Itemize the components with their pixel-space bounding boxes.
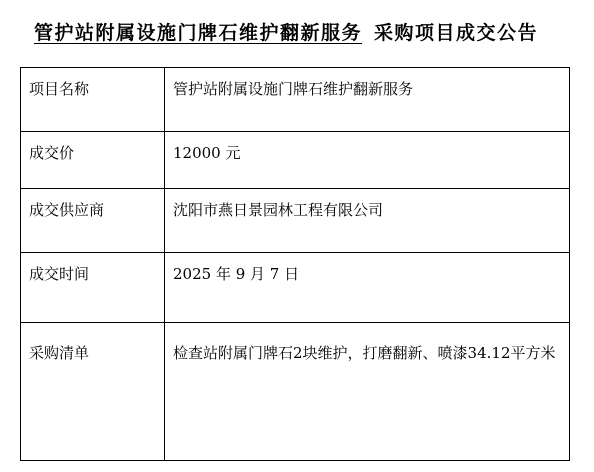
table-row: 采购清单 检查站附属门牌石2块维护，打磨翻新、喷漆34.12平方米	[21, 323, 570, 461]
page-title: 管护站附属设施门牌石维护翻新服务采购项目成交公告	[20, 18, 538, 45]
row-label: 成交时间	[21, 253, 165, 323]
row-value: 检查站附属门牌石2块维护，打磨翻新、喷漆34.12平方米	[165, 323, 570, 461]
row-value: 2025 年 9 月 7 日	[165, 253, 570, 323]
table-row: 成交价 12000 元	[21, 132, 570, 189]
row-label: 成交价	[21, 132, 165, 189]
row-value: 沈阳市燕日景园林工程有限公司	[165, 189, 570, 253]
table-row: 成交时间 2025 年 9 月 7 日	[21, 253, 570, 323]
row-value: 管护站附属设施门牌石维护翻新服务	[165, 68, 570, 132]
announcement-title: 采购项目成交公告	[374, 22, 538, 44]
project-name-title: 管护站附属设施门牌石维护翻新服务	[20, 22, 362, 44]
table-row: 项目名称 管护站附属设施门牌石维护翻新服务	[21, 68, 570, 132]
announcement-table: 项目名称 管护站附属设施门牌石维护翻新服务 成交价 12000 元 成交供应商 …	[20, 67, 570, 461]
row-label: 成交供应商	[21, 189, 165, 253]
row-label: 采购清单	[21, 323, 165, 461]
table-row: 成交供应商 沈阳市燕日景园林工程有限公司	[21, 189, 570, 253]
row-label: 项目名称	[21, 68, 165, 132]
row-value: 12000 元	[165, 132, 570, 189]
